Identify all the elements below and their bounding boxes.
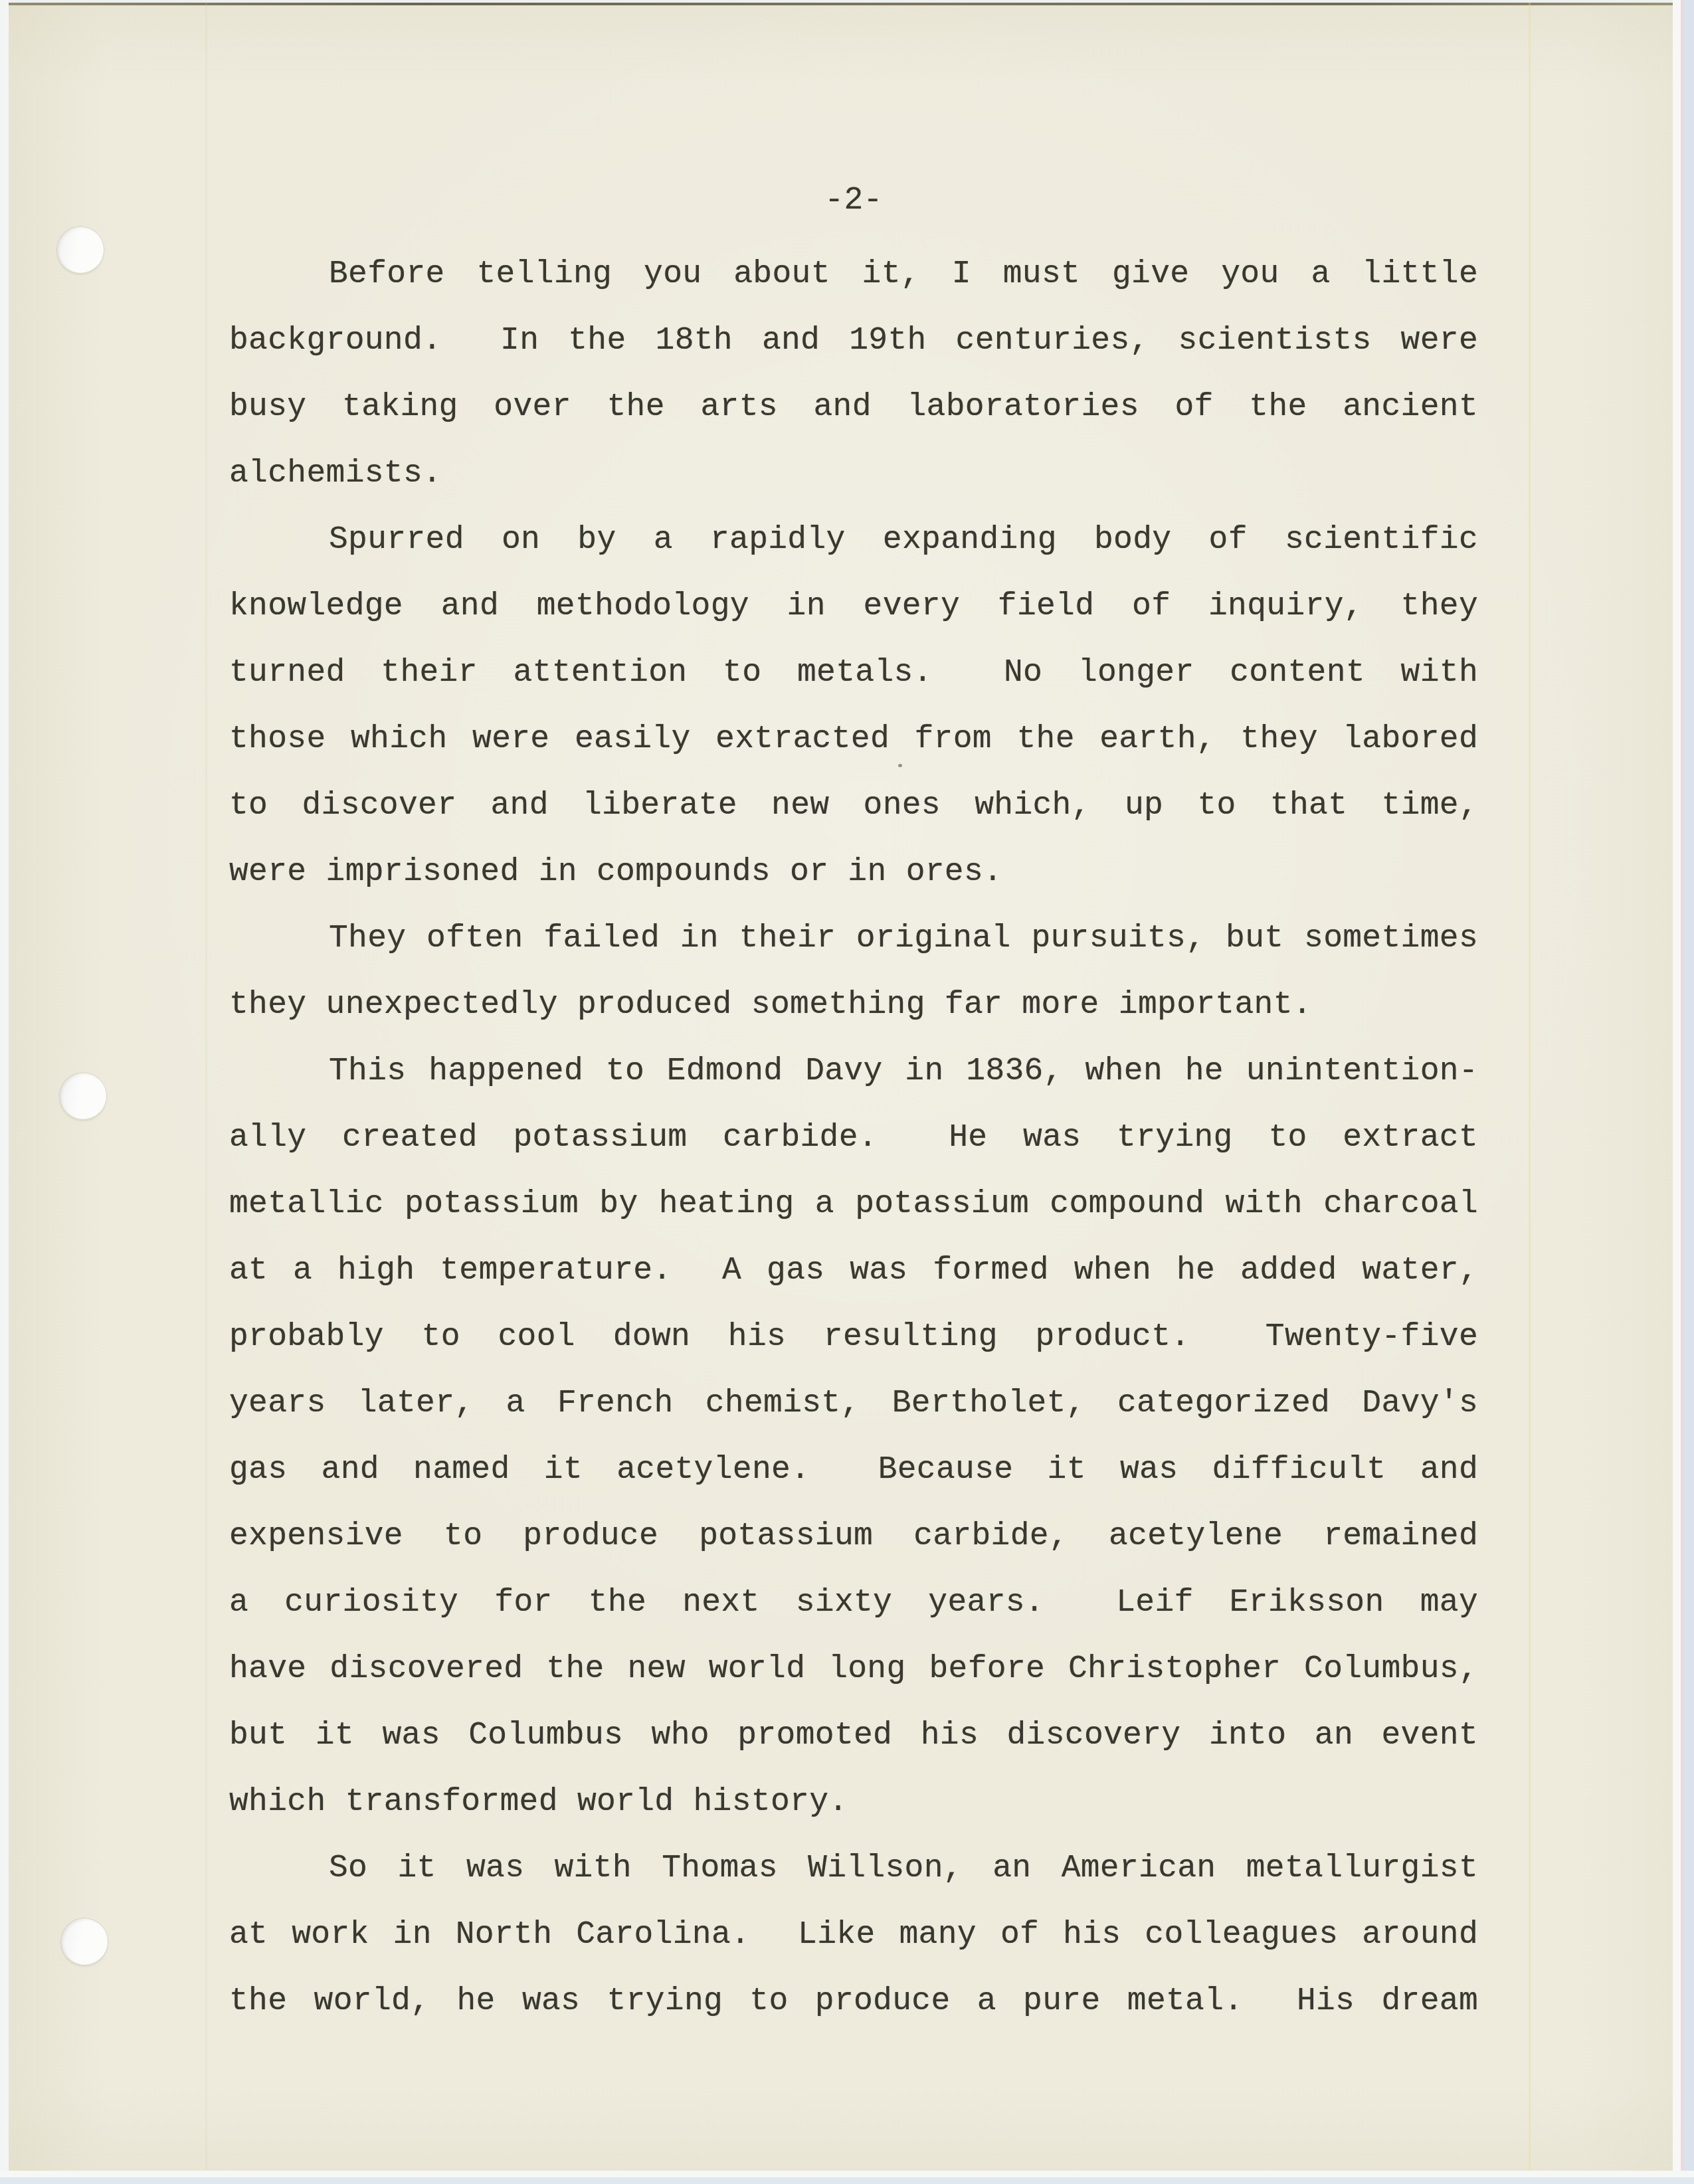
punch-hole-middle — [59, 1072, 107, 1120]
text-line: gas and named it acetylene. Because it w… — [229, 1437, 1478, 1503]
text-line: at a high temperature. A gas was formed … — [229, 1237, 1478, 1304]
text-line: a curiosity for the next sixty years. Le… — [229, 1570, 1478, 1636]
text-line: to discover and liberate new ones which,… — [229, 773, 1478, 839]
text-line: This happened to Edmond Davy in 1836, wh… — [229, 1038, 1478, 1105]
text-line: metallic potassium by heating a potassiu… — [229, 1171, 1478, 1237]
paper-top-edge — [9, 3, 1673, 5]
scanner-edge-right-white — [1673, 0, 1681, 2184]
text-line: at work in North Carolina. Like many of … — [229, 1902, 1478, 1968]
paper-crease-right — [1529, 3, 1531, 2171]
text-line: Before telling you about it, I must give… — [229, 241, 1478, 308]
text-line: expensive to produce potassium carbide, … — [229, 1503, 1478, 1570]
text-line: the world, he was trying to produce a pu… — [229, 1968, 1478, 2035]
paper-sheet: -2- Before telling you about it, I must … — [9, 3, 1673, 2171]
text-line: busy taking over the arts and laboratori… — [229, 374, 1478, 440]
scanner-edge-right-blue — [1684, 0, 1694, 2184]
text-line: knowledge and methodology in every field… — [229, 573, 1478, 640]
text-line: which transformed world history. — [229, 1769, 1478, 1835]
punch-hole-bottom — [60, 1918, 108, 1965]
text-line: were imprisoned in compounds or in ores. — [229, 839, 1478, 905]
scanner-edge-bottom-white — [0, 2171, 1694, 2177]
text-line: background. In the 18th and 19th centuri… — [229, 308, 1478, 374]
scanner-edge-left — [0, 0, 9, 2184]
text-line: have discovered the new world long befor… — [229, 1636, 1478, 1702]
text-line: those which were easily extracted from t… — [229, 706, 1478, 773]
text-line: they unexpectedly produced something far… — [229, 972, 1478, 1038]
text-line: So it was with Thomas Willson, an Americ… — [229, 1835, 1478, 1902]
page-number: -2- — [229, 167, 1478, 234]
scanner-edge-bottom-blue — [0, 2177, 1694, 2184]
text-line: turned their attention to metals. No lon… — [229, 640, 1478, 706]
text-line: years later, a French chemist, Bertholet… — [229, 1370, 1478, 1437]
scanned-page-background: { "doc": { "page_number": "-2-", "lines"… — [0, 0, 1694, 2184]
text-line: ally created potassium carbide. He was t… — [229, 1105, 1478, 1171]
paper-crease-left — [205, 3, 207, 2171]
text-line: alchemists. — [229, 440, 1478, 507]
text-line: Spurred on by a rapidly expanding body o… — [229, 507, 1478, 573]
punch-hole-top — [56, 226, 104, 274]
text-line: but it was Columbus who promoted his dis… — [229, 1702, 1478, 1769]
text-line: They often failed in their original purs… — [229, 905, 1478, 972]
document-text: Before telling you about it, I must give… — [229, 241, 1478, 2035]
text-line: probably to cool down his resulting prod… — [229, 1304, 1478, 1370]
